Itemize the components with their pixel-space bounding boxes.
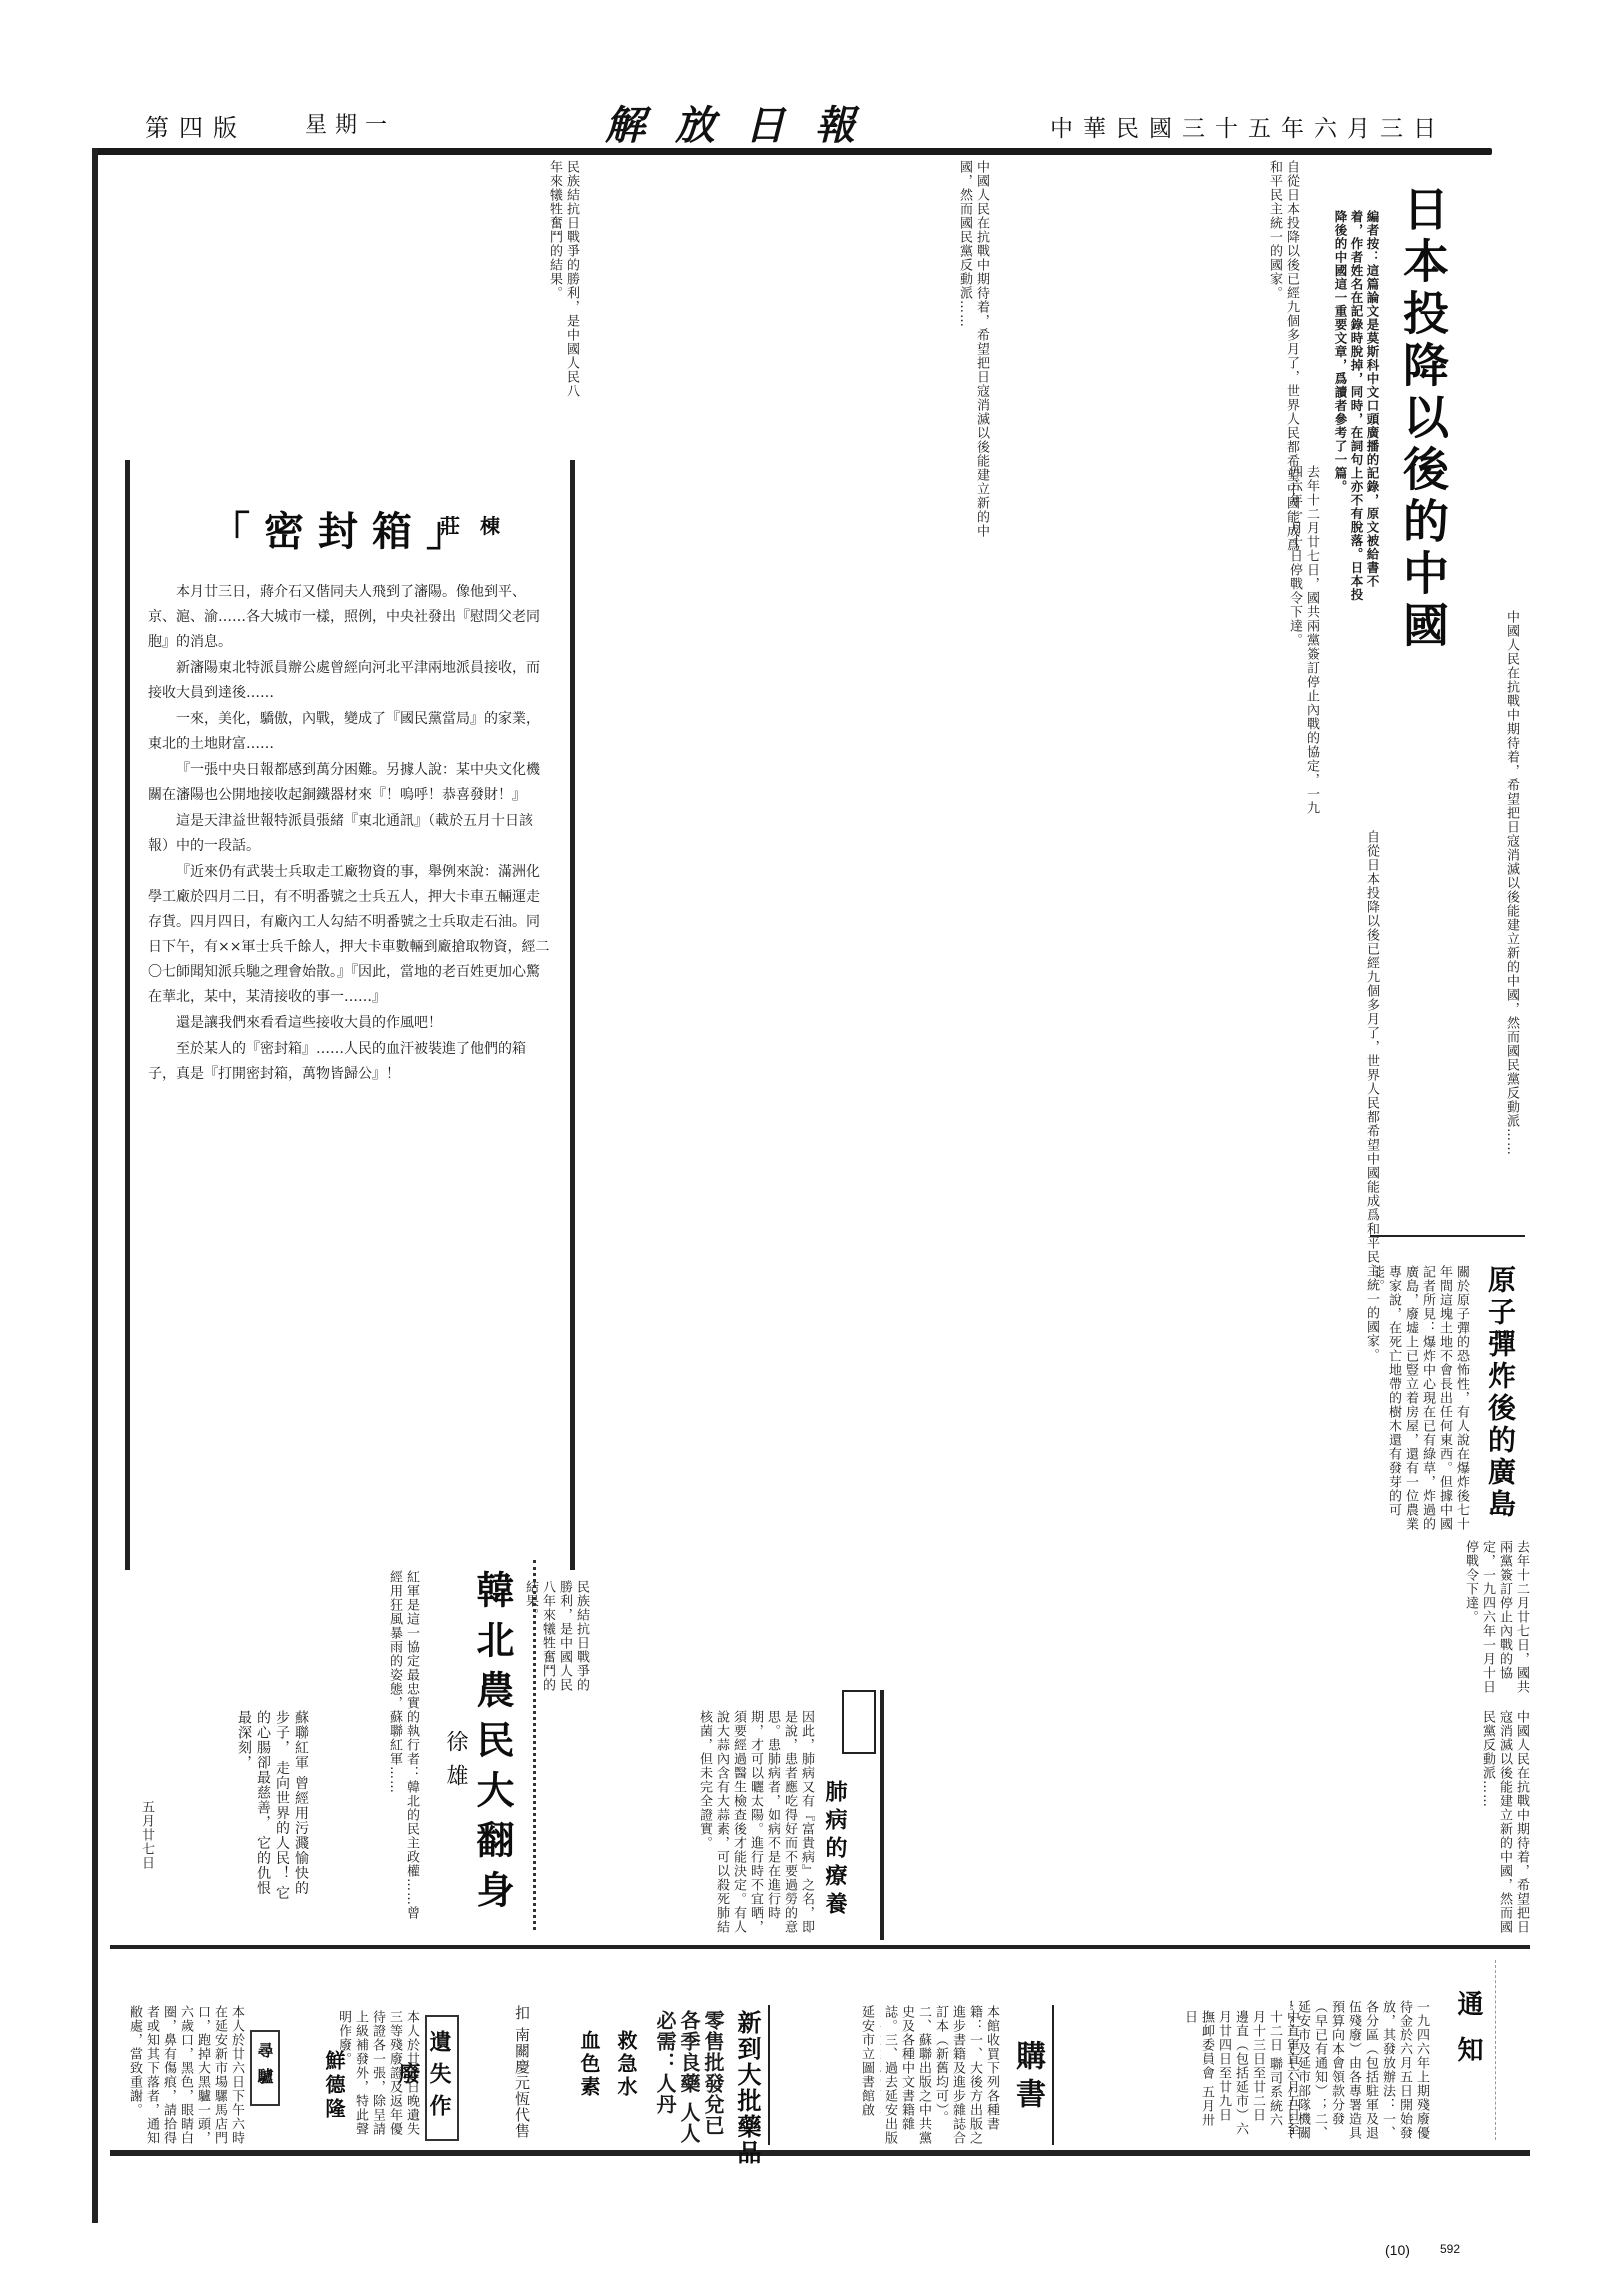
pneumonia-title: 肺病的療養 bbox=[820, 1780, 851, 1920]
notice-frame-edge bbox=[1495, 1960, 1496, 2140]
sealed-box-paragraph: 這是天津益世報特派員張緒『東北通訊』（載於五月十日該報）中的一段話。 bbox=[148, 809, 553, 859]
headline-japan-after-surrender: 日本投降以後的中國 bbox=[1390, 185, 1456, 653]
korea-peasants-author: 徐雄 bbox=[440, 1730, 471, 1798]
editor-note: 編者按：這篇論文是莫斯科中文口頭廣播的記錄，原文被給書不着，作者姓名在記錄時脫掉… bbox=[1310, 210, 1380, 610]
notice-title: 通知 bbox=[1450, 1990, 1487, 2082]
book-purchase-body: 本館收買下列各種書籍：一、大後方出版之進步書籍及進步雜誌合訂本（新舊均可）。二、… bbox=[880, 2005, 1000, 2145]
article-lower-mid: 去年十二月廿七日，國共兩黨簽訂停止內戰的協定，一九四六年一月十日停戰令下達。 bbox=[600, 1540, 1530, 1700]
notice-body: 一九四六年上期殘廢優待金於六月五日開始發放，其發放辦法：一、各分區（包括駐軍及退… bbox=[1290, 2000, 1430, 2140]
lost-notice-signature: 鮮德隆 bbox=[320, 2050, 349, 2122]
weekday-label: 星期一 bbox=[305, 108, 395, 139]
sealed-box-paragraph: 新瀋陽東北特派員辦公處曾經向河北平津兩地派員接收，而接收大員到達後…… bbox=[148, 656, 553, 706]
left-border bbox=[92, 148, 98, 2223]
article-col-4: 去年十二月廿七日，國共兩黨簽訂停止內戰的協定，一九四六年一月十日停戰令下達。 bbox=[600, 465, 1320, 815]
newspaper-title: 解放日報 bbox=[605, 94, 885, 151]
publication-date: 中華民國三十五年六月三日 bbox=[1050, 110, 1446, 143]
masthead: 第四版 星期一 解放日報 中華民國三十五年六月三日 bbox=[95, 100, 1545, 150]
ads-top-rule bbox=[110, 1945, 1530, 1949]
lost-notice-title: 遺失作廢 bbox=[425, 2015, 459, 2141]
newspaper-page: 第四版 星期一 解放日報 中華民國三十五年六月三日 日本投降以後的中國 編者按：… bbox=[0, 0, 1600, 2278]
article-col-5: 自從日本投降以後已經九個多月了，世界人民都希望中國能成爲和平民主統一的國家。 bbox=[600, 830, 1380, 1530]
atomic-bomb-title: 原子彈炸後的廣島 bbox=[1480, 1265, 1520, 1521]
article-lower-right: 中國人民在抗戰中期待着，希望把日寇消滅以後能建立新的中國，然而國民黨反動派…… bbox=[900, 1710, 1530, 1940]
sealed-box-paragraph: 至於某人的『密封箱』……人民的血汗被裝進了他們的箱子，真是『打開密封箱，萬物皆歸… bbox=[148, 1037, 553, 1087]
book-ad-divider bbox=[1052, 2005, 1054, 2145]
deduct-notice: 扣 南關慶元恆代售 bbox=[470, 2005, 530, 2145]
poem-date: 五月廿七日 bbox=[135, 1800, 155, 1900]
medicine-item: 血色素 bbox=[575, 2030, 604, 2099]
health-column-badge bbox=[842, 1690, 876, 1754]
sealed-box-paragraph: 『一張中央日報都感到萬分困難。另據人說：某中央文化機關在瀋陽也公開地接收起銅鐵器… bbox=[148, 758, 553, 808]
sealed-box-article: 「密封箱」 莊棟 本月廿三日，蔣介石又偕同夫人飛到了瀋陽。像他到平、京、滬、渝…… bbox=[125, 460, 575, 1570]
horse-notice-body: 本人於廿六日下午六時在延安新市場騾馬店門口，跑掉大黑驢一頭，六歲口，黑色，眼睛白… bbox=[110, 2005, 245, 2145]
sealed-box-paragraph: 一來，美化，驕傲，內戰，變成了『國民黨當局』的家業，東北的土地財富…… bbox=[148, 707, 553, 757]
page-number: (10) bbox=[1385, 2242, 1410, 2258]
edition-label: 第四版 bbox=[145, 108, 247, 143]
book-purchase-signature: 延安市立圖書館啟 bbox=[790, 2005, 875, 2145]
horse-notice-title: 尋驢 bbox=[250, 2030, 280, 2106]
medicine-title: 新到大批藥品 bbox=[730, 2010, 765, 2166]
pneumonia-divider bbox=[880, 1690, 884, 1940]
lost-notice-body: 本人於廿七日晚遺失三等殘廢證及返年優待證各一張，除呈請上級補發外，特此聲明作廢。 bbox=[340, 2010, 420, 2145]
korea-border-right bbox=[533, 1560, 536, 1930]
medicine-item: 救急水 bbox=[612, 2030, 641, 2099]
korea-peasants-body: 紅軍是這一協定最忠實的執行者：韓北的民主政權……曾經用狂風暴雨的姿態，蘇聯紅軍…… bbox=[310, 1570, 420, 1930]
sealed-box-author: 莊棟 bbox=[440, 510, 520, 539]
atomic-box-rule bbox=[1370, 1235, 1525, 1237]
korea-peasants-title: 韓北農民大翻身 bbox=[465, 1570, 520, 1920]
ads-bottom-rule bbox=[110, 2150, 1530, 2156]
sealed-box-paragraph: 還是讓我們來看看這些接收大員的作風吧！ bbox=[148, 1011, 553, 1036]
medicine-items: 零售批發兌已 各季良藥 人人必需：人丹 bbox=[655, 2010, 725, 2145]
sealed-box-paragraph: 『近來仍有武裝士兵取走工廠物資的事，舉例來說：滿洲化學工廠於四月二日，有不明番號… bbox=[148, 860, 553, 1010]
article-col-3: 民族結抗日戰爭的勝利，是中國人民八年來犧牲奮鬥的結果。 bbox=[110, 160, 580, 410]
notice-schedule: 中直軍直六月五日至十二日 聯司系統六月十三日至廿二日 邊直（包括延市）六月廿四日… bbox=[1070, 2010, 1300, 2140]
sealed-box-paragraph: 本月廿三日，蔣介石又偕同夫人飛到了瀋陽。像他到平、京、滬、渝……各大城市一樣，照… bbox=[148, 580, 553, 655]
book-purchase-title: 購書 bbox=[1005, 2040, 1049, 2116]
masthead-rule bbox=[92, 148, 1492, 155]
pneumonia-body: 因此，肺病又有『富貴病』之名，即是說，患者應吃得好而不要過勞的意思。患肺病者，如… bbox=[600, 1710, 815, 1940]
archive-number: 592 bbox=[1440, 2242, 1460, 2256]
atomic-bomb-body: 關於原子彈的恐怖性，有人說在爆炸後七十年間這塊土地不會長出任何東西。但據中國記者… bbox=[1375, 1265, 1470, 1535]
sealed-box-body: 本月廿三日，蔣介石又偕同夫人飛到了瀋陽。像他到平、京、滬、渝……各大城市一樣，照… bbox=[148, 580, 553, 1560]
medicine-divider bbox=[768, 2005, 770, 2145]
